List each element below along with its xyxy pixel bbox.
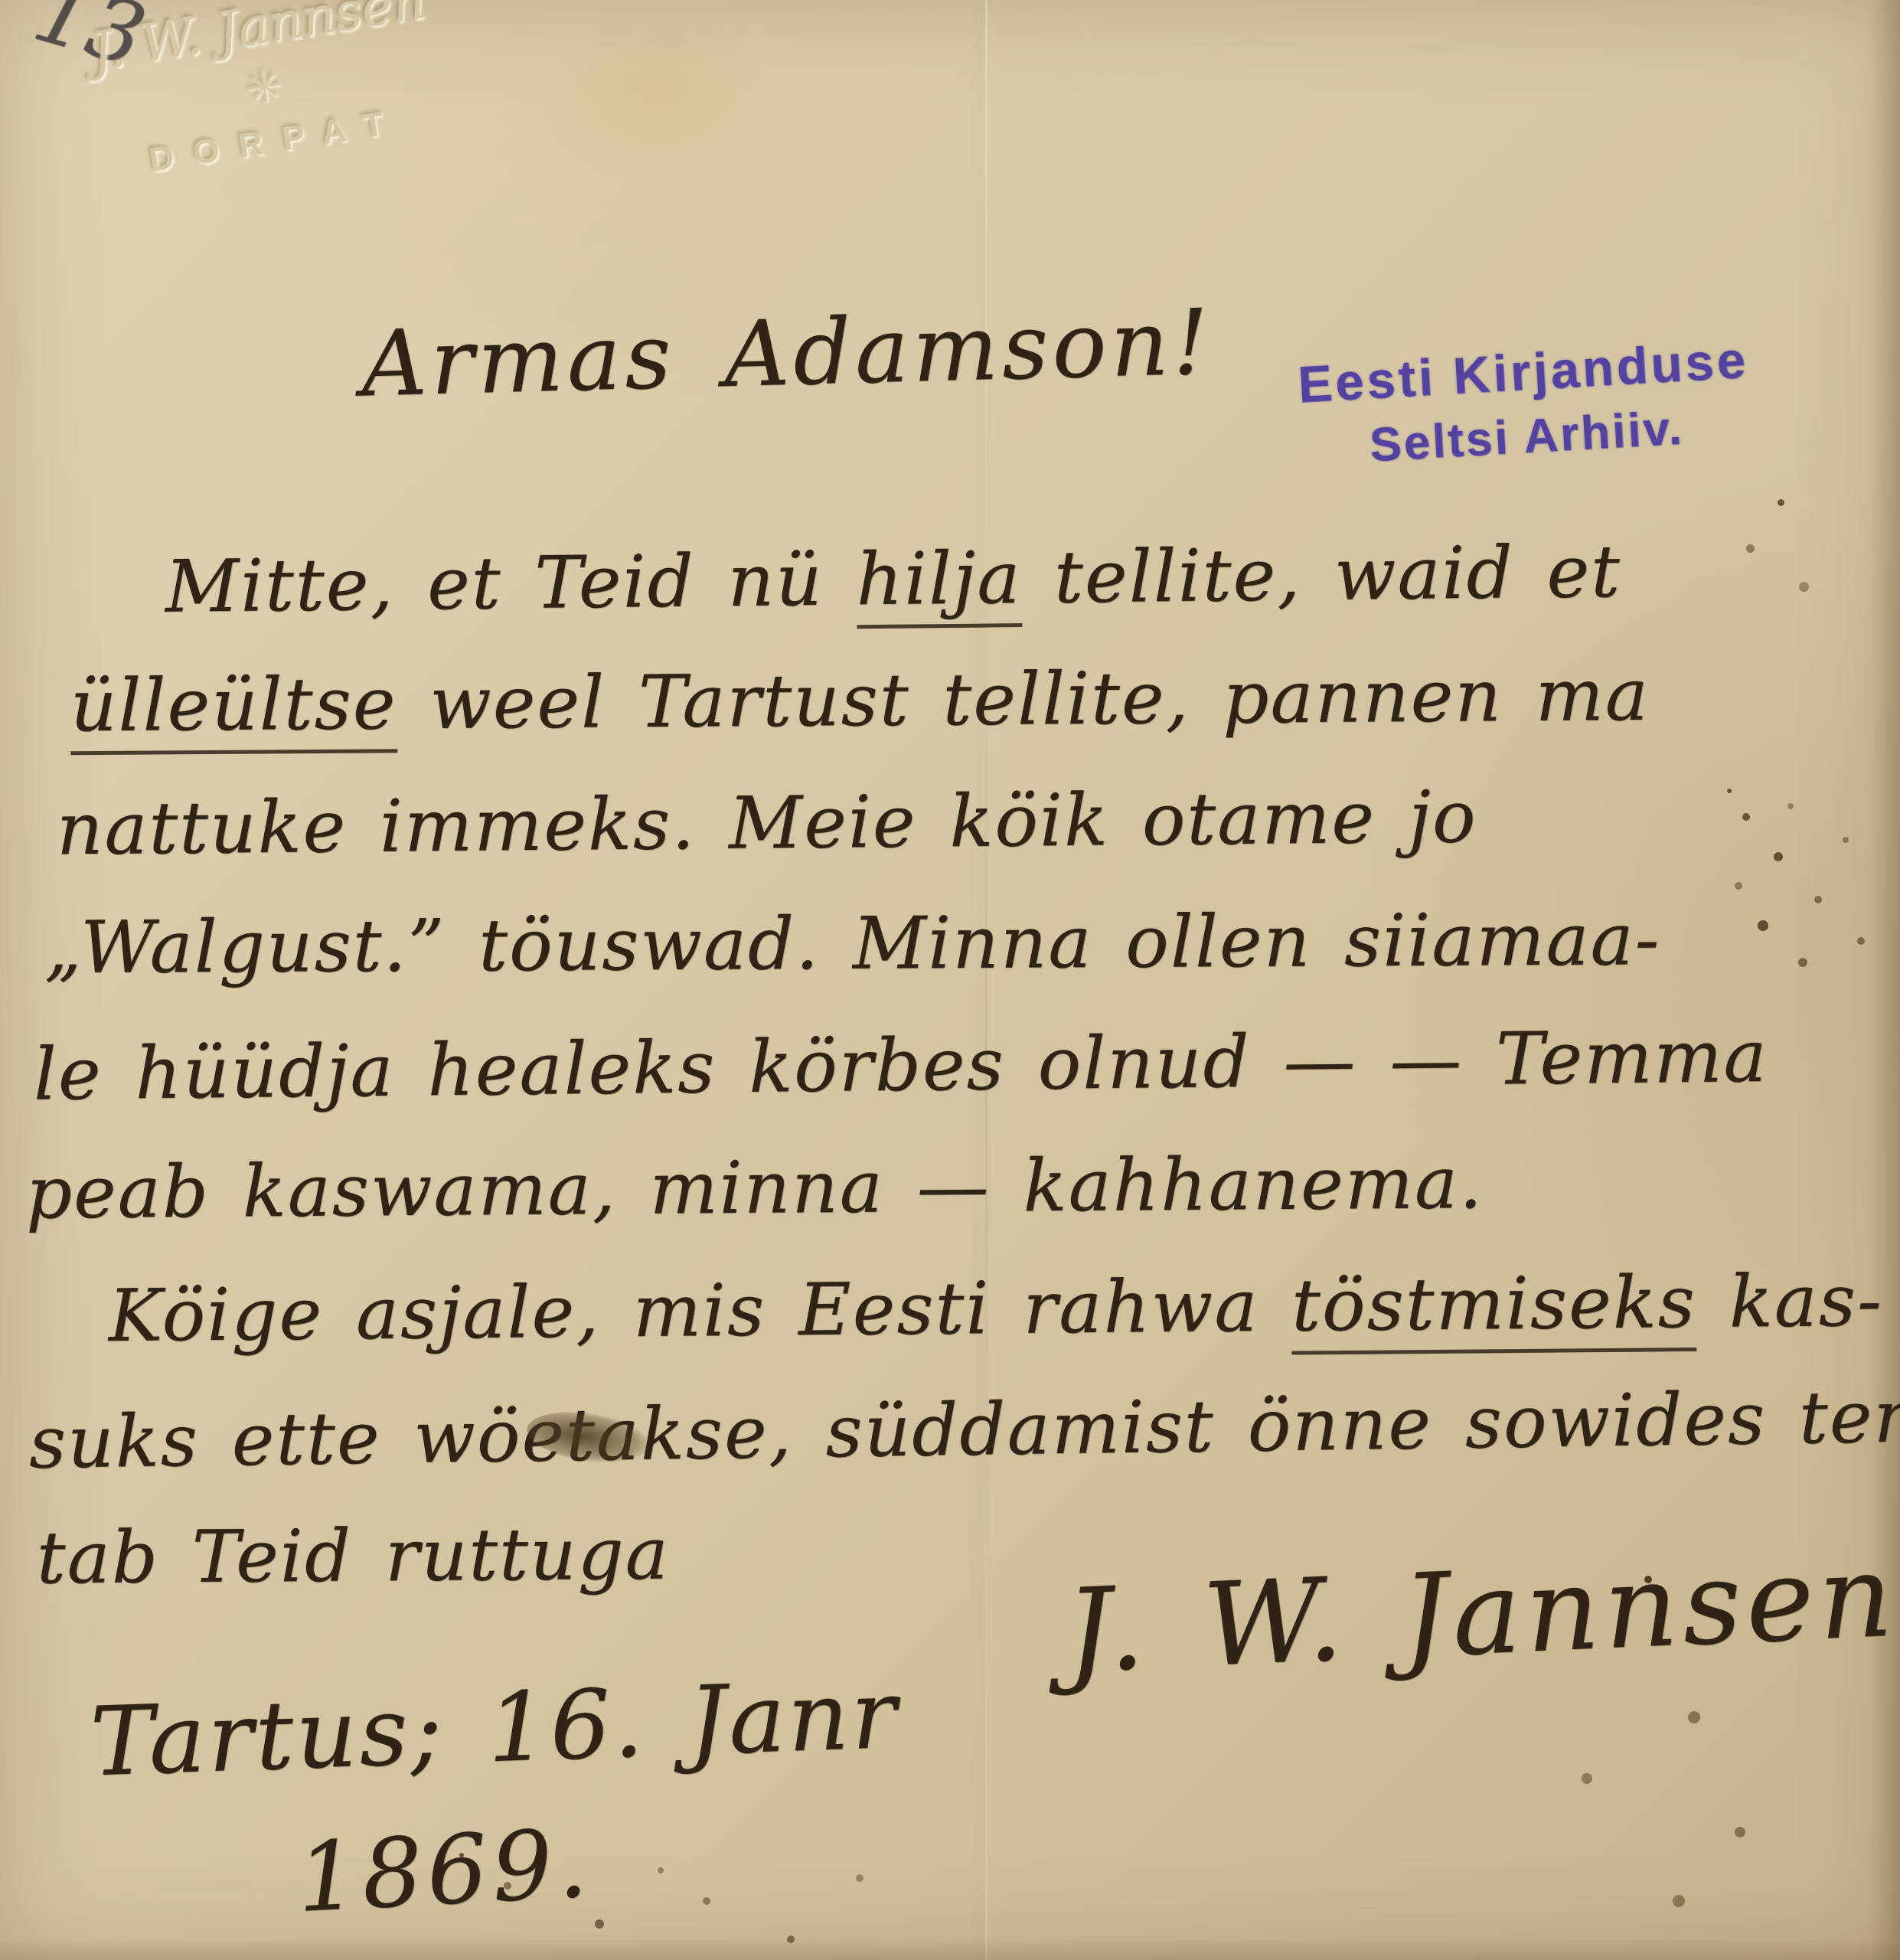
underlined-word: ülleültse (70, 662, 397, 755)
body-line-segment: suks ette wöetakse, süddamist önne sowid… (28, 1374, 1900, 1485)
body-line: suks ette wöetakse, süddamist önne sowid… (28, 1369, 1885, 1517)
date-year-line: 1869. (294, 1808, 594, 1934)
paper-stain (536, 15, 781, 184)
body-line-segment: tellite, waid et (1021, 531, 1622, 620)
date-place-line: Tartus; 16. Janr (89, 1660, 901, 1798)
body-line-segment: peab kaswama, minna — kahhanema. (26, 1142, 1484, 1235)
salutation: Armas Adamson! (360, 289, 1213, 416)
body-line-segment: Köige asjale, mis Eesti rahwa (108, 1265, 1291, 1358)
letter-page: 13 J. W. Jannsen ✳ DORPAT Armas Adamson!… (0, 0, 1900, 1960)
body-line-segment: tab Teid ruttuga (37, 1513, 671, 1601)
body-line-segment: „Walgust.” töuswad. Minna ollen siiamaa- (44, 898, 1661, 990)
body-line-segment: kas- (1696, 1259, 1883, 1344)
body-line: „Walgust.” töuswad. Minna ollen siiamaa- (44, 890, 1885, 1022)
body-line-segment: le hüüdja healeks körbes olnud — — Temma (33, 1015, 1768, 1117)
body-line: peab kaswama, minna — kahhanema. (25, 1132, 1885, 1267)
paper-speckles-bottom (459, 1853, 464, 1857)
underlined-word: töstmiseks (1291, 1261, 1697, 1355)
embossed-seal: J. W. Jannsen ✳ DORPAT (72, 0, 461, 188)
body-line-segment: Mitte, et Teid nü (165, 538, 857, 629)
paper-edge-shadow-bottom (0, 1939, 1900, 1960)
underlined-word: hilja (856, 537, 1022, 629)
paper-speckles-upper-right (1778, 499, 1784, 506)
body-line: Mitte, et Teid nü hilja tellite, waid et (165, 521, 1885, 661)
letter-body: Mitte, et Teid nü hilja tellite, waid et… (26, 530, 1885, 1625)
paper-speckles-right (1727, 789, 1732, 793)
body-line: nattuke immeks. Meie köik otame jo (56, 766, 1885, 903)
paper-speckles-signature (1644, 1576, 1652, 1583)
body-line: le hüüdja healeks körbes olnud — — Temma (33, 1007, 1885, 1148)
body-line-segment: weel Tartust tellite, pannen ma (397, 654, 1650, 746)
archive-stamp: Eesti Kirjanduse Seltsi Arhiiv. (1262, 328, 1788, 479)
body-line: Köige asjale, mis Eesti rahwa töstmiseks… (108, 1253, 1885, 1390)
body-line: ülleültse weel Tartust tellite, pannen m… (70, 645, 1885, 780)
body-line-segment: nattuke immeks. Meie köik otame jo (56, 776, 1477, 871)
